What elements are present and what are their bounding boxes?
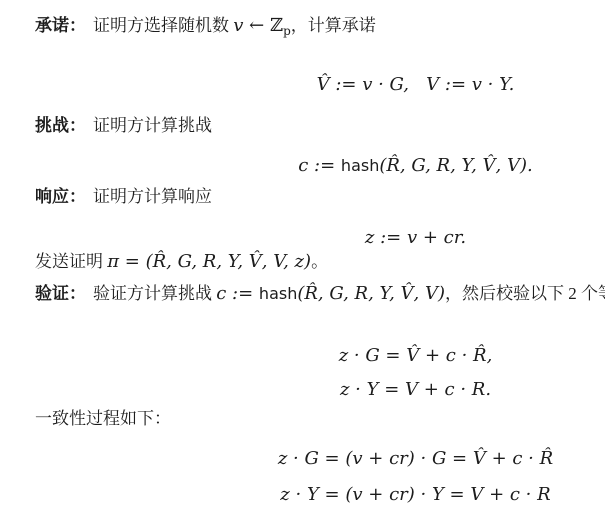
verify-inline-args: (R̂, G, R, Y, V̂, V)	[297, 283, 445, 304]
verify-text-1: 验证方计算挑战	[93, 284, 216, 303]
challenge-text: 证明方计算挑战	[93, 116, 212, 135]
group-subscript: p	[283, 24, 291, 38]
challenge-equation-lhs: c :=	[298, 155, 341, 176]
send-proof-text: 发送证明	[35, 252, 107, 271]
verify-inline-lhs: c :=	[216, 283, 259, 304]
challenge-label: 挑战：	[35, 116, 86, 135]
consistency-heading-text: 一致性过程如下：	[35, 409, 171, 428]
proof-tuple: π = (R̂, G, R, Y, V̂, V, z)	[107, 251, 311, 272]
verify-text-2: ，然后校验以下 2 个等式	[445, 284, 605, 303]
consistency-equation-2-text: z · Y = (v + cr) · Y = V + c · R	[280, 484, 550, 505]
commit-line: 承诺：证明方选择随机数 v ← ℤp，计算承诺	[35, 11, 376, 38]
commit-label: 承诺：	[35, 16, 86, 35]
hash-function-name: hash	[341, 156, 379, 175]
verify-equation-2-text: z · Y = V + c · R.	[340, 379, 491, 400]
response-equation-text: z := v + cr.	[365, 227, 466, 248]
send-proof-line: 发送证明 π = (R̂, G, R, Y, V̂, V, z)。	[35, 247, 328, 272]
commit-text-after: ，计算承诺	[291, 16, 376, 35]
random-variable: v	[233, 15, 243, 36]
hash-function-name: hash	[259, 284, 297, 303]
response-label: 响应：	[35, 187, 86, 206]
response-text: 证明方计算响应	[93, 187, 212, 206]
commit-text-before: 证明方选择随机数	[93, 16, 233, 35]
integer-group-symbol: ℤ	[270, 15, 283, 36]
verify-line: 验证：验证方计算挑战 c := hash(R̂, G, R, Y, V̂, V)…	[35, 279, 605, 304]
consistency-equation-2: z · Y = (v + cr) · Y = V + c · R	[0, 466, 605, 517]
verify-label: 验证：	[35, 284, 86, 303]
commit-equation-text: V̂ := v · G, V := v · Y.	[317, 74, 515, 95]
consistency-heading: 一致性过程如下：	[35, 404, 171, 429]
commit-equation: V̂ := v · G, V := v · Y.	[0, 56, 605, 113]
send-proof-punct: 。	[311, 252, 328, 271]
document-page: 承诺：证明方选择随机数 v ← ℤp，计算承诺 V̂ := v · G, V :…	[0, 0, 605, 517]
response-line: 响应：证明方计算响应	[35, 182, 212, 207]
sample-arrow: ←	[243, 15, 270, 36]
challenge-equation-args: (R̂, G, R, Y, V̂, V).	[379, 155, 532, 176]
challenge-line: 挑战：证明方计算挑战	[35, 111, 212, 136]
